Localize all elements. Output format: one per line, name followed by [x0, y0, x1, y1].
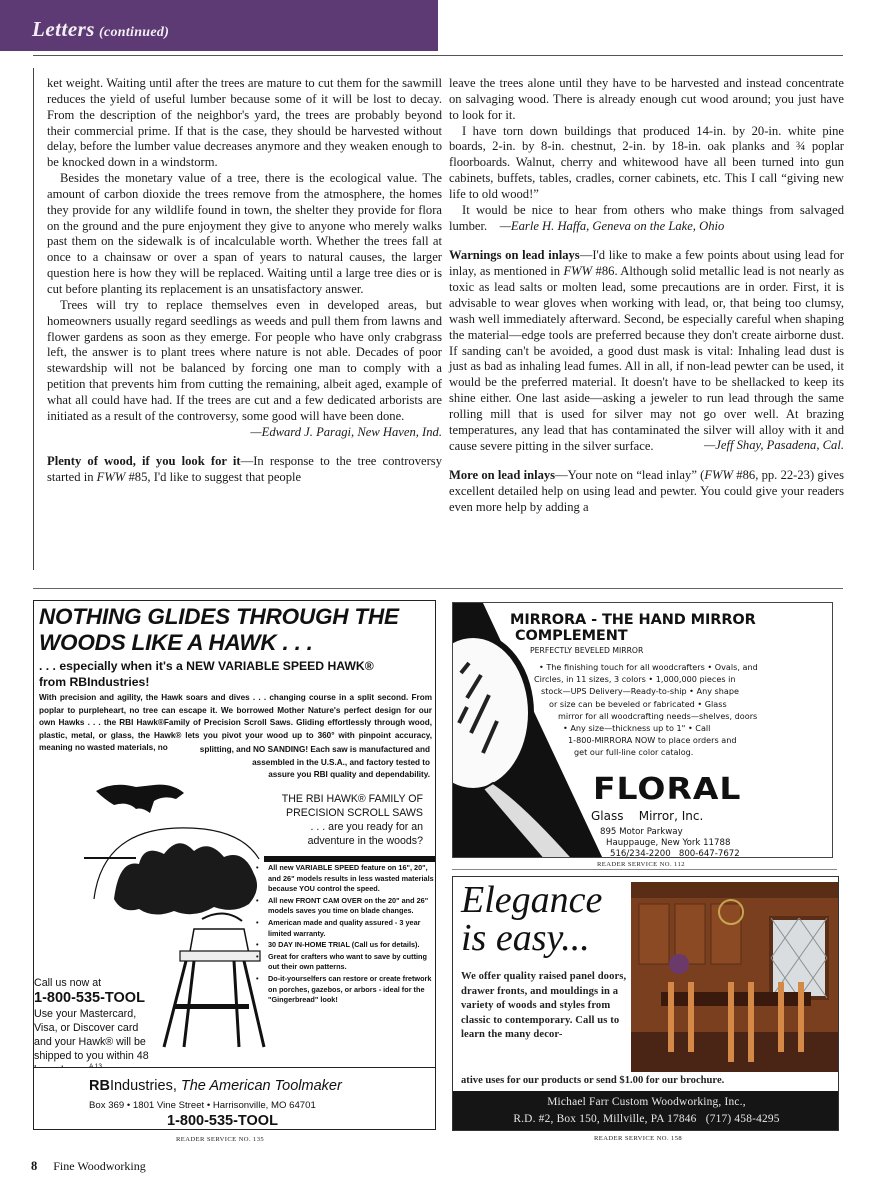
letter-heading: More on lead inlays — [449, 468, 555, 482]
mirrora-advertisement: MIRRORA - THE HAND MIRROR COMPLEMENT PER… — [452, 602, 833, 858]
floral-logo: FLORAL — [593, 774, 741, 803]
letters-left-column: ket weight. Waiting until after the tree… — [47, 76, 442, 486]
reader-service-number: READER SERVICE NO. 158 — [594, 1135, 682, 1142]
dining-room-photo — [631, 882, 839, 1072]
section-divider — [33, 588, 843, 589]
ad-feature-item: Great for crafters who want to save by c… — [256, 952, 434, 973]
ad-feature-item: Do-it-yourselfers can restore or create … — [256, 974, 434, 1006]
magazine-abbrev: FWW — [97, 470, 126, 484]
header-rule — [33, 55, 843, 56]
ad-company-footer: Michael Farr Custom Woodworking, Inc., R… — [453, 1091, 839, 1131]
ad-phone-number: 1-800-535-TOOL — [167, 1113, 278, 1129]
ad-divider — [452, 869, 837, 870]
ad-call-to-action: Call us now at 1-800-535-TOOL Use your M… — [34, 976, 149, 1068]
letter-paragraph: Besides the monetary value of a tree, th… — [47, 171, 442, 298]
letter-paragraph: leave the trees alone until they have to… — [449, 76, 844, 124]
letter-paragraph: ket weight. Waiting until after the tree… — [47, 76, 442, 171]
ad-body-text: We offer quality raised panel doors, dra… — [461, 970, 636, 1043]
magazine-name: Fine Woodworking — [53, 1159, 145, 1173]
ad-body-text: • The finishing touch for all woodcrafte… — [531, 661, 831, 759]
letter-heading: Plenty of wood, if you look for it — [47, 454, 241, 468]
letter-paragraph: I have torn down buildings that produced… — [449, 124, 844, 203]
magazine-abbrev: FWW — [704, 468, 733, 482]
section-subtitle: (continued) — [99, 25, 169, 40]
ad-body-text-right: splitting, and NO SANDING! Each saw is m… — [200, 744, 430, 782]
magazine-abbrev: FWW — [563, 264, 592, 278]
ad-headline: MIRRORA - THE HAND MIRROR COMPLEMENT — [510, 612, 756, 644]
ad-headline: NOTHING GLIDES THROUGH THE WOODS LIKE A … — [39, 604, 399, 656]
letters-right-column: leave the trees alone until they have to… — [449, 76, 844, 516]
letter-paragraph: It would be nice to hear from others who… — [449, 203, 844, 235]
ad-feature-item: All new VARIABLE SPEED feature on 16", 2… — [256, 863, 434, 895]
letter-heading: Warnings on lead inlays — [449, 248, 580, 262]
section-title-text: Letters — [32, 17, 95, 41]
ad-body-text: ative uses for our products or send $1.0… — [461, 1074, 836, 1088]
ad-family-tagline: THE RBI HAWK® FAMILY OF PRECISION SCROLL… — [282, 792, 423, 848]
page-footer: 8Fine Woodworking — [31, 1159, 146, 1174]
ad-subheadline: . . . especially when it's a NEW VARIABL… — [39, 658, 434, 690]
ad-company-name: RBIndustries, The American Toolmaker — [89, 1078, 342, 1094]
ad-subheadline: PERFECTLY BEVELED MIRROR — [530, 646, 643, 655]
ad-address: Box 369 • 1801 Vine Street • Harrisonvil… — [89, 1100, 316, 1111]
ad-feature-item: American made and quality assured - 3 ye… — [256, 918, 434, 939]
reader-service-number: READER SERVICE NO. 135 — [176, 1136, 264, 1143]
column-left-rule — [33, 68, 34, 570]
ad-feature-item: All new FRONT CAM OVER on the 20" and 26… — [256, 896, 434, 917]
michael-farr-advertisement: Elegance is easy... We offer quality rai… — [452, 876, 839, 1131]
reader-service-number: READER SERVICE NO. 112 — [597, 861, 685, 868]
letter-paragraph: More on lead inlays—Your note on “lead i… — [449, 468, 844, 516]
letter-paragraph: Trees will try to replace themselves eve… — [47, 298, 442, 425]
ad-address: 895 Motor Parkway Hauppauge, New York 11… — [600, 827, 740, 858]
letter-text: #86. Although solid metallic lead is not… — [449, 264, 844, 452]
company-name: Glass Mirror, Inc. — [591, 809, 703, 823]
letter-paragraph: Warnings on lead inlays—I'd like to make… — [449, 248, 844, 454]
letter-text: —Your note on “lead inlay” ( — [555, 468, 704, 482]
rbi-hawk-advertisement-footer: A 13 RBIndustries, The American Toolmake… — [33, 1068, 436, 1130]
letter-signature: —Edward J. Paragi, New Haven, Ind. — [47, 425, 442, 441]
ad-phone-number: 1-800-535-TOOL — [34, 990, 149, 1007]
ad-bullet-divider — [264, 856, 436, 862]
section-title: Letters(continued) — [32, 17, 169, 42]
ad-feature-item: 30 DAY IN-HOME TRIAL (Call us for detail… — [256, 940, 434, 951]
letter-text: #85, I'd like to suggest that people — [125, 470, 301, 484]
rbi-hawk-advertisement: NOTHING GLIDES THROUGH THE WOODS LIKE A … — [33, 600, 436, 1068]
page-number: 8 — [31, 1159, 37, 1173]
ad-headline: Elegance is easy... — [461, 881, 602, 957]
section-header-band: Letters(continued) — [0, 0, 438, 51]
letter-paragraph: Plenty of wood, if you look for it—In re… — [47, 454, 442, 486]
letter-signature: —Earle H. Haffa, Geneva on the Lake, Ohi… — [500, 219, 725, 233]
ad-feature-list: All new VARIABLE SPEED feature on 16", 2… — [256, 863, 434, 1007]
ad-code: A 13 — [89, 1063, 102, 1070]
